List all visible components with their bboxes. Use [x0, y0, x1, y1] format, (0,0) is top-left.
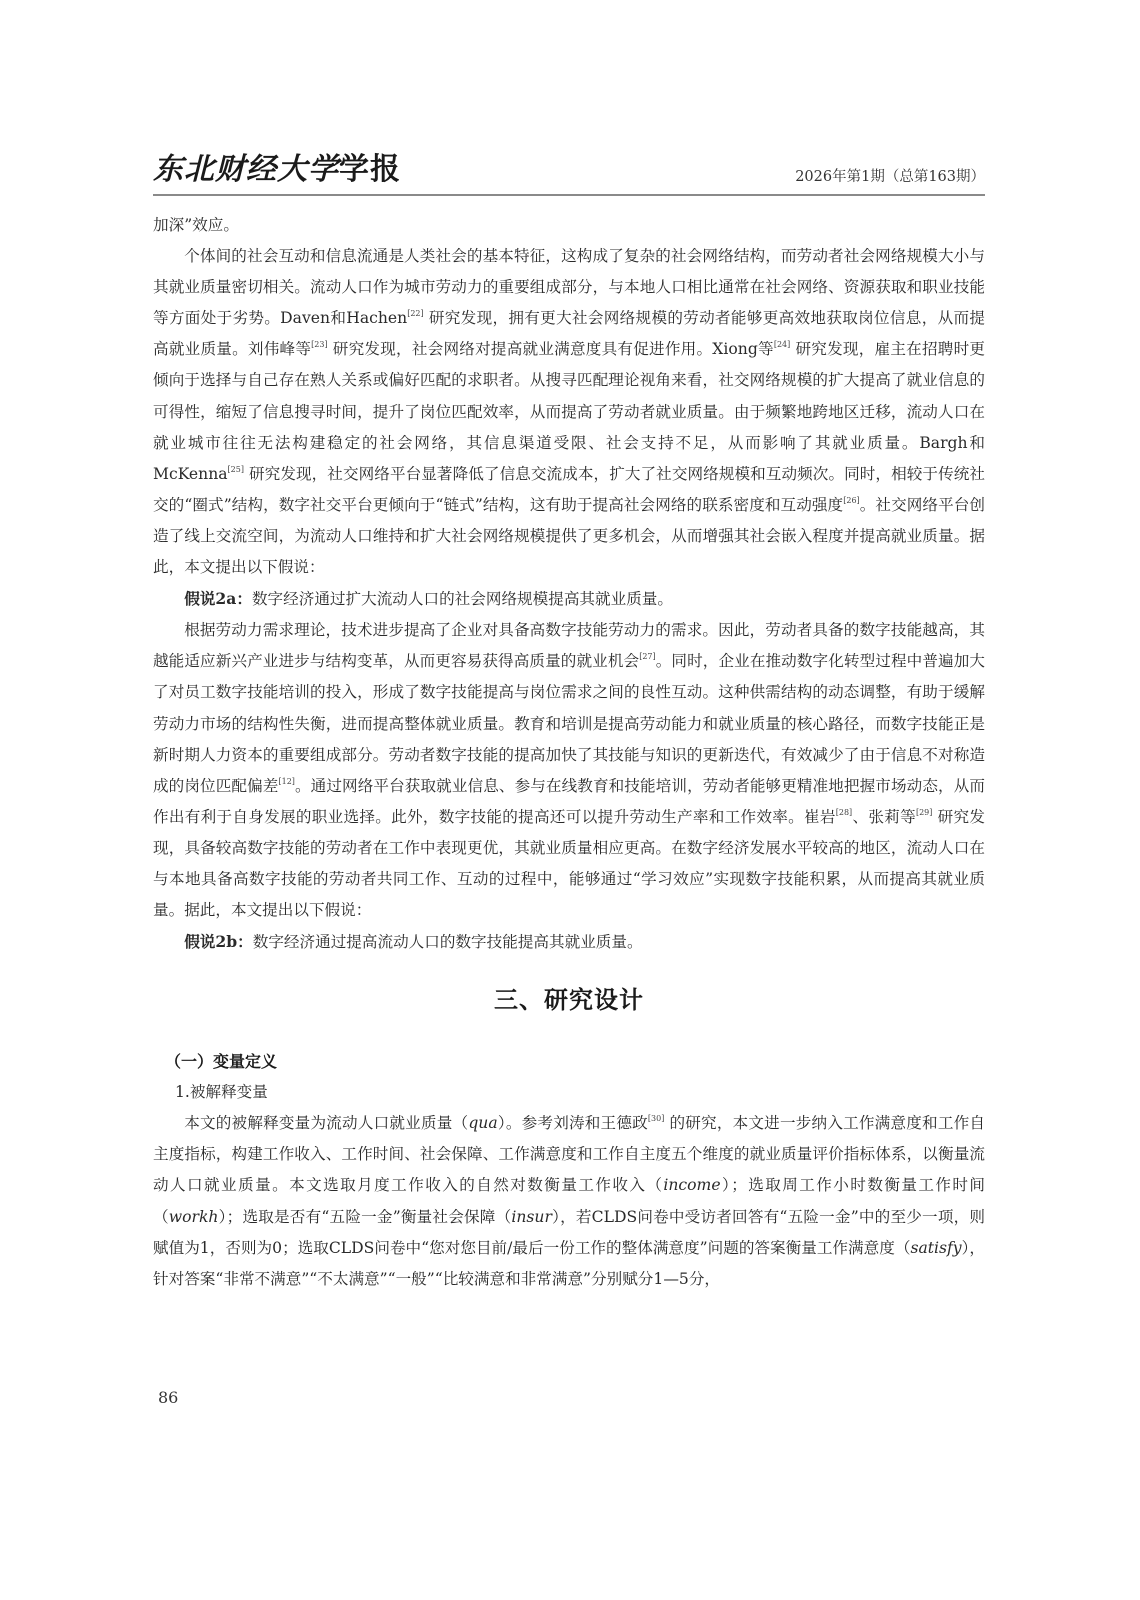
text-run: 研究发现，社会网络对提高就业满意度具有促进作用。Xiong等 [328, 340, 774, 358]
hypothesis-text: 数字经济通过扩大流动人口的社会网络规模提高其就业质量。 [252, 590, 673, 608]
variable-satisfy: satisfy [910, 1239, 961, 1257]
citation-22[interactable]: [22] [407, 309, 423, 318]
citation-29[interactable]: [29] [916, 808, 932, 817]
text-run: ）；选取是否有“五险一金”衡量社会保障（ [218, 1208, 511, 1226]
variable-insur: insur [511, 1208, 552, 1226]
citation-26[interactable]: [26] [843, 496, 859, 505]
variable-workh: workh [169, 1208, 219, 1226]
citation-24[interactable]: [24] [774, 340, 790, 349]
article-body: 加深”效应。 个体间的社会互动和信息流通是人类社会的基本特征，这构成了复杂的社会… [153, 210, 985, 1295]
page-number: 86 [158, 1388, 178, 1407]
journal-title-university: 东北财经大学 [153, 152, 339, 187]
hypothesis-text: 数字经济通过提高流动人口的数字技能提高其就业质量。 [253, 933, 643, 951]
paragraph-social-network: 个体间的社会互动和信息流通是人类社会的基本特征，这构成了复杂的社会网络结构，而劳… [153, 241, 985, 583]
journal-title-suffix: 学报 [339, 152, 401, 187]
paragraph-digital-skills: 根据劳动力需求理论，技术进步提高了企业对具备高数字技能劳动力的需求。因此，劳动者… [153, 615, 985, 926]
citation-12[interactable]: [12] [278, 777, 294, 786]
citation-23[interactable]: [23] [311, 340, 327, 349]
subsubsection-title: 1.被解释变量 [153, 1077, 985, 1108]
variable-income: income [663, 1176, 720, 1194]
journal-header: 东北财经大学学报 2026年第1期（总第163期） [153, 152, 985, 196]
text-run: 研究发现，雇主在招聘时更倾向于选择与自己存在熟人关系或偏好匹配的求职者。从搜寻匹… [153, 340, 985, 482]
citation-28[interactable]: [28] [836, 808, 852, 817]
variable-qua: qua [468, 1114, 497, 1132]
hypothesis-label: 假说2a： [184, 589, 252, 608]
hypothesis-2a: 假说2a：数字经济通过扩大流动人口的社会网络规模提高其就业质量。 [153, 583, 985, 615]
paragraph-dependent-variable: 本文的被解释变量为流动人口就业质量（qua）。参考刘涛和王德政[30] 的研究，… [153, 1108, 985, 1295]
section-title: 三、研究设计 [153, 982, 985, 1018]
hypothesis-label: 假说2b： [184, 932, 253, 951]
citation-25[interactable]: [25] [228, 465, 244, 474]
text-run: 、张莉等 [852, 808, 916, 826]
issue-info: 2026年第1期（总第163期） [795, 165, 985, 186]
text-run: 。同时，企业在推动数字化转型过程中普遍加大了对员工数字技能培训的投入，形成了数字… [153, 652, 985, 794]
citation-27[interactable]: [27] [639, 652, 655, 661]
journal-title: 东北财经大学学报 [153, 144, 401, 188]
text-run: 本文的被解释变量为流动人口就业质量（ [184, 1114, 468, 1132]
text-run: ）。参考刘涛和王德政 [498, 1114, 648, 1132]
subsection-title: （一）变量定义 [153, 1046, 985, 1077]
citation-30[interactable]: [30] [648, 1114, 664, 1123]
hypothesis-2b: 假说2b：数字经济通过提高流动人口的数字技能提高其就业质量。 [153, 926, 985, 958]
paragraph-continuation: 加深”效应。 [153, 210, 985, 241]
